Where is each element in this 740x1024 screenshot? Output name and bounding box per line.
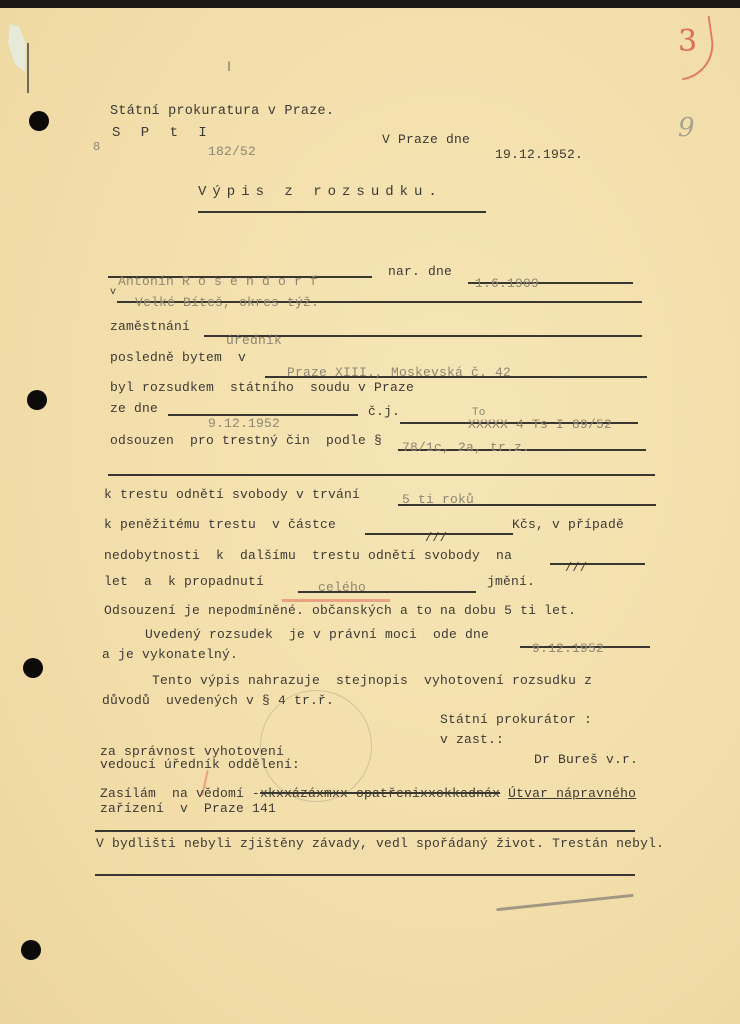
prosecutor-label: Státní prokurátor : [440,712,592,727]
document-page: 3 9 8 | Státní prokuratura v Praze. S P … [0,8,740,1024]
punch-hole [21,940,41,960]
title-underline [198,211,486,213]
born-label: nar. dne [388,264,452,279]
alt-prison-value: /// [565,561,587,575]
pencil-stroke [496,894,634,911]
last-residence-label: posledně bytem v [110,350,246,365]
signer-name: Dr Bureš v.r. [534,752,638,767]
forfeit-label: let a k propadnutí [104,574,264,589]
validity-line-2: a je vykonatelný. [102,647,238,662]
judgment-date-label: ze dne [110,401,158,416]
struck-text: xkxxázáxmxx opatřenixxokkadnáx [260,786,500,801]
occupation-label: zaměstnání [110,319,190,334]
torn-paper-tab [8,24,26,72]
punch-hole [27,390,47,410]
occupation-value: úředník [226,333,282,348]
punch-hole [23,658,43,678]
tick-mark: | [226,62,232,73]
recipient-text: Útvar nápravného [508,786,636,801]
alt-prison-label: nedobytnosti k dalšímu trestu odnětí svo… [104,548,512,563]
fine-value: /// [425,531,447,545]
red-page-number: 3 [672,18,712,74]
file-number: 182/52 [208,144,256,159]
validity-line-1: Uvedený rozsudek je v právní moci ode dn… [145,627,489,642]
deputy-label: v zast.: [440,732,504,747]
ref-label: č.j. [368,404,400,419]
crime-value: 78/1c, 2a, tr.z. [402,440,530,455]
file-prefix: S P t I [112,125,213,141]
pencil-number: 9 [678,113,695,143]
place-prefix: v [110,287,116,298]
office-name: Státní prokuratura v Praze. [110,104,334,119]
ref-value: XXXXX 4 Ts I 89/52 [468,417,612,432]
fine-label: k peněžitému trestu v částce [104,517,336,532]
red-pencil-mark [282,599,390,602]
place-value: Velké Bíteš, okres týž. [135,295,319,310]
prison-label: k trestu odnětí svobody v trvání [104,487,360,502]
staple-mark [27,43,29,93]
field-line [108,474,655,476]
forfeit-label-2: jmění. [487,574,535,589]
margin-number: 8 [93,140,100,154]
born-value: 1.6.1909 [475,276,539,291]
fine-currency: Kčs, v případě [512,517,624,532]
last-residence-value: Praze XIII., Moskevská č. 42 [287,365,511,380]
rights-line: Odsouzení je nepodmíněné. občanských a t… [104,603,576,618]
validity-line-3: Tento výpis nahrazuje stejnopis vyhotove… [152,673,592,688]
correctness-line-2: vedoucí úředník oddělení: [100,757,300,772]
place-date-label: V Praze dne [382,132,470,147]
forfeit-value: celého [318,580,366,595]
distribution-line-1: Zasílám na vědomí -xkxxázáxmxx opatřenix… [100,786,636,801]
separator-line [95,830,635,832]
judgment-date-value: 9.12.1952 [208,416,280,431]
document-title: Výpis z rozsudku. [198,184,443,200]
red-circle-mark [674,16,718,80]
separator-line [95,874,635,876]
punch-hole [29,111,49,131]
validity-date: 9.12.1952 [532,641,604,656]
crime-label: odsouzen pro trestný čin podle § [110,433,382,448]
document-date: 19.12.1952. [495,147,583,162]
distribution-line-2: zařízení v Praze 141 [100,801,276,816]
name-value: Antonín R o s e n d o r f [118,274,318,289]
residence-note: V bydlišti nebyli zjištěny závady, vedl … [96,836,664,851]
prison-value: 5 ti roků [402,492,474,507]
court-line: byl rozsudkem státního soudu v Praze [110,380,414,395]
